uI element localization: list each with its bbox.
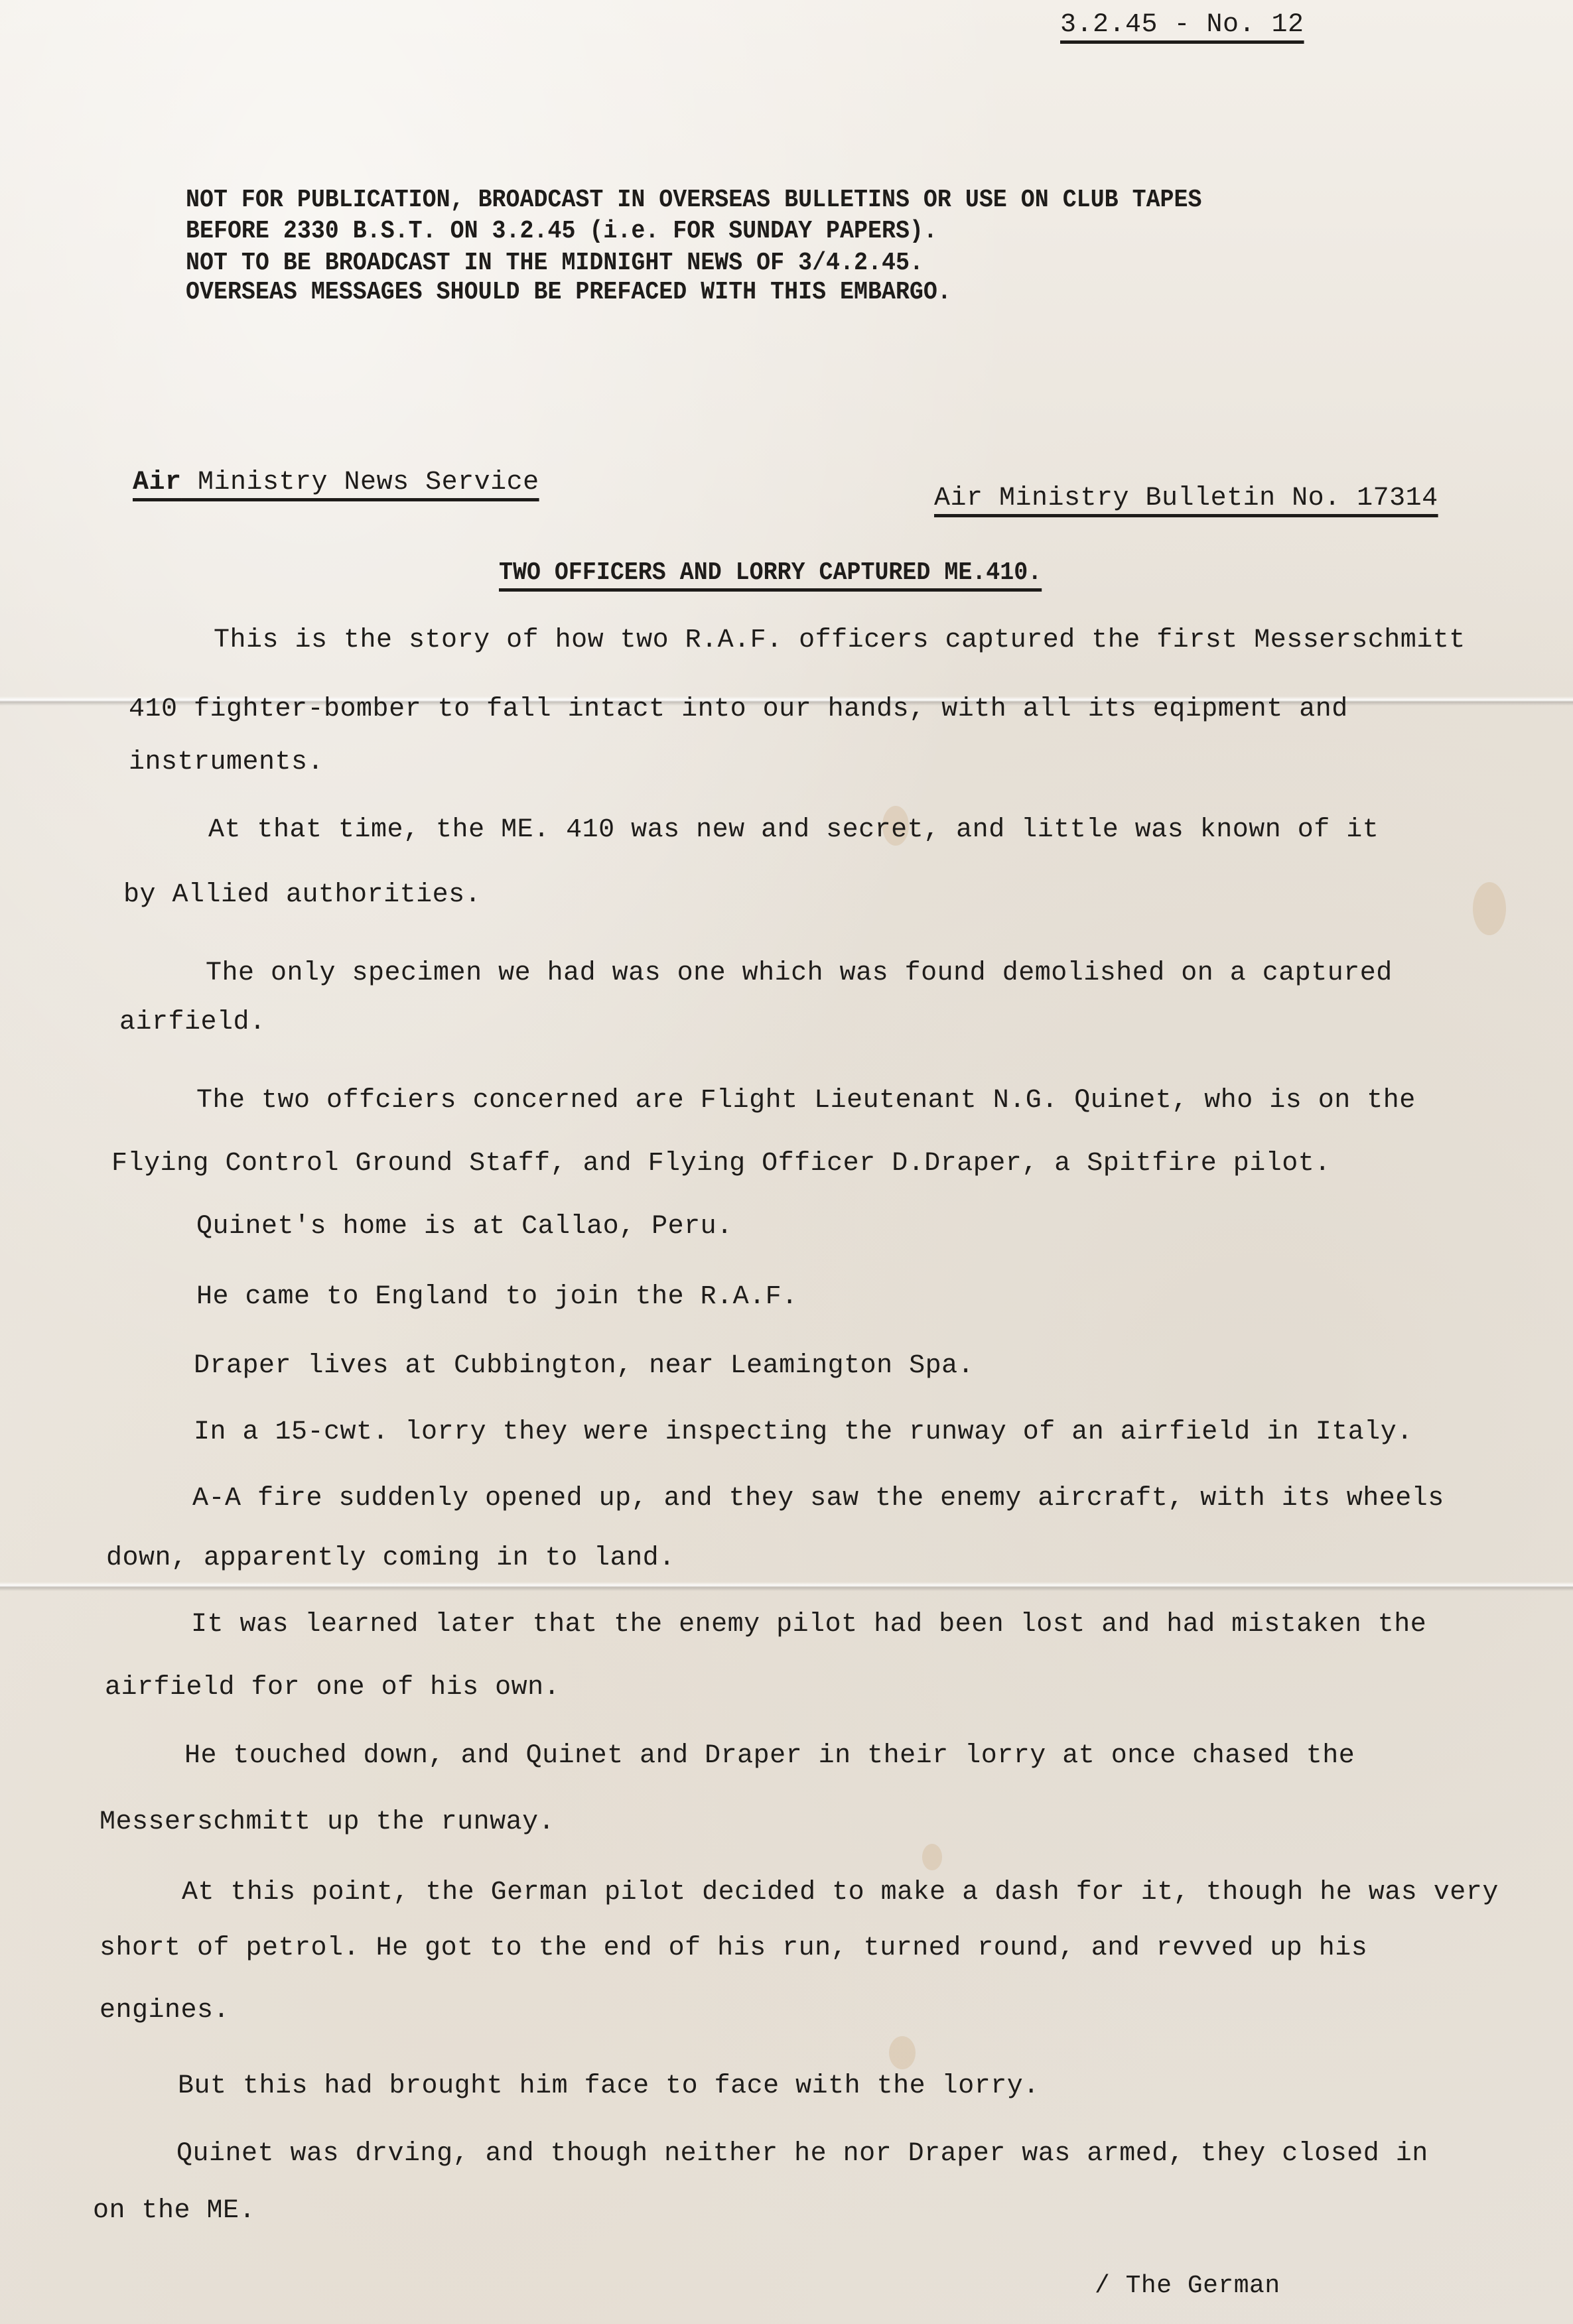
body-line: But this had brought him face to face wi…: [178, 2073, 1040, 2100]
body-line: At that time, the ME. 410 was new and se…: [208, 817, 1379, 844]
news-service-label-rest: Ministry News Service: [182, 468, 539, 497]
body-line: down, apparently coming in to land.: [106, 1545, 675, 1572]
body-line: airfield.: [119, 1009, 266, 1036]
headline: TWO OFFICERS AND LORRY CAPTURED ME.410.: [499, 560, 1042, 586]
body-line: on the ME.: [93, 2198, 255, 2225]
paper-stain: [922, 1844, 942, 1870]
continuation-marker: / The German: [1095, 2274, 1280, 2299]
paper-stain: [889, 2036, 916, 2069]
body-line: short of petrol. He got to the end of hi…: [100, 1935, 1367, 1962]
body-line: airfield for one of his own.: [105, 1675, 560, 1701]
body-line: This is the story of how two R.A.F. offi…: [214, 627, 1466, 654]
body-line: In a 15-cwt. lorry they were inspecting …: [194, 1419, 1413, 1446]
body-line: Draper lives at Cubbington, near Leaming…: [194, 1353, 974, 1380]
body-line: instruments.: [129, 749, 324, 776]
news-service-label: Air Ministry News Service: [133, 470, 539, 496]
body-line: Flying Control Ground Staff, and Flying …: [111, 1151, 1331, 1177]
embargo-line: BEFORE 2330 B.S.T. ON 3.2.45 (i.e. FOR S…: [186, 219, 937, 244]
date-reference: 3.2.45 - No. 12: [1060, 12, 1304, 38]
body-line: engines.: [100, 1998, 230, 2024]
body-line: He came to England to join the R.A.F.: [196, 1284, 798, 1311]
body-line: It was learned later that the enemy pilo…: [191, 1612, 1426, 1638]
body-line: A-A fire suddenly opened up, and they sa…: [192, 1486, 1444, 1512]
paper-fold-crease: [0, 1582, 1573, 1591]
news-service-label-bold: Air: [133, 468, 182, 497]
body-line: The only specimen we had was one which w…: [206, 960, 1393, 987]
body-line: by Allied authorities.: [123, 882, 481, 909]
body-line: At this point, the German pilot decided …: [182, 1880, 1499, 1906]
embargo-line: NOT FOR PUBLICATION, BROADCAST IN OVERSE…: [186, 188, 1201, 213]
body-line: Messerschmitt up the runway.: [100, 1809, 555, 1836]
body-line: 410 fighter-bomber to fall intact into o…: [129, 696, 1348, 723]
body-line: Quinet was drving, and though neither he…: [176, 2141, 1428, 2167]
embargo-line: NOT TO BE BROADCAST IN THE MIDNIGHT NEWS…: [186, 251, 923, 276]
body-line: Quinet's home is at Callao, Peru.: [196, 1214, 733, 1240]
bulletin-number: Air Ministry Bulletin No. 17314: [934, 485, 1438, 512]
paper-stain: [1473, 882, 1506, 935]
embargo-line: OVERSEAS MESSAGES SHOULD BE PREFACED WIT…: [186, 280, 951, 305]
body-line: He touched down, and Quinet and Draper i…: [184, 1743, 1355, 1770]
body-line: The two offciers concerned are Flight Li…: [196, 1088, 1416, 1114]
